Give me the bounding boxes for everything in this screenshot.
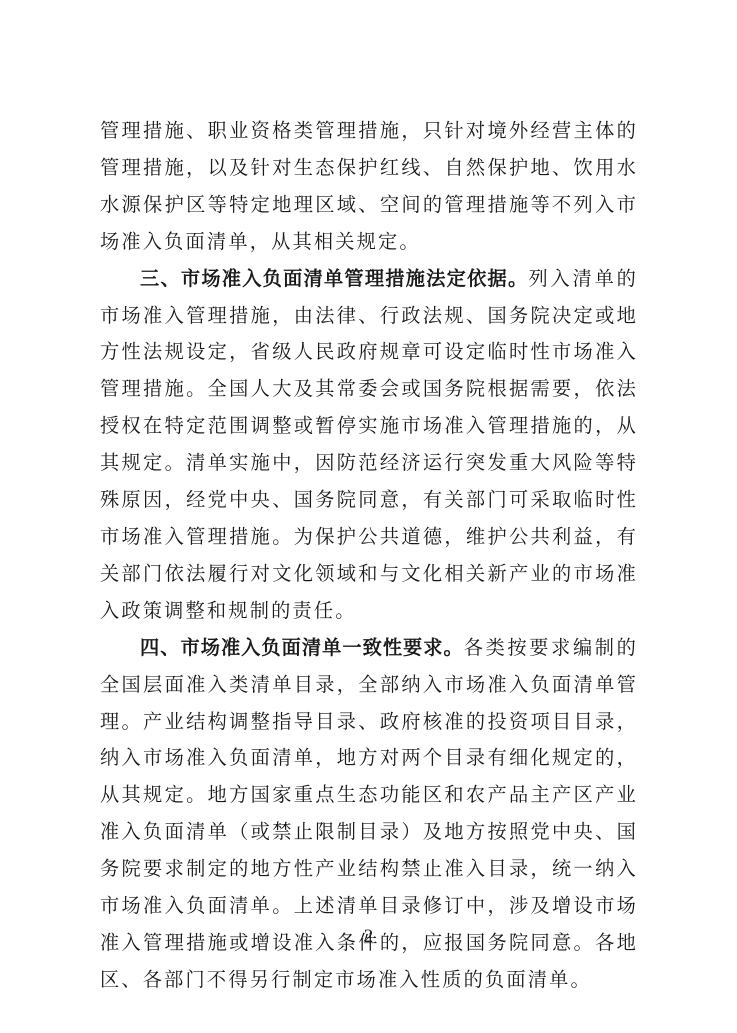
document-page: 管理措施、职业资格类管理措施，只针对境外经营主体的管理措施，以及针对生态保护红线… bbox=[0, 0, 737, 1033]
page-number: 2 bbox=[0, 926, 737, 948]
paragraph-text: 管理措施、职业资格类管理措施，只针对境外经营主体的管理措施，以及针对生态保护红线… bbox=[100, 119, 638, 253]
paragraph-section-3: 三、市场准入负面清单管理措施法定依据。列入清单的市场准入管理措施，由法律、行政法… bbox=[100, 261, 638, 630]
paragraph-text: 列入清单的市场准入管理措施，由法律、行政法规、国务院决定或地方性法规设定，省级人… bbox=[100, 267, 638, 622]
body-text: 管理措施、职业资格类管理措施，只针对境外经营主体的管理措施，以及针对生态保护红线… bbox=[100, 113, 638, 999]
section-heading: 三、市场准入负面清单管理措施法定依据。 bbox=[140, 267, 528, 290]
section-heading: 四、市场准入负面清单一致性要求。 bbox=[140, 636, 464, 659]
paragraph-continuation: 管理措施、职业资格类管理措施，只针对境外经营主体的管理措施，以及针对生态保护红线… bbox=[100, 113, 638, 261]
